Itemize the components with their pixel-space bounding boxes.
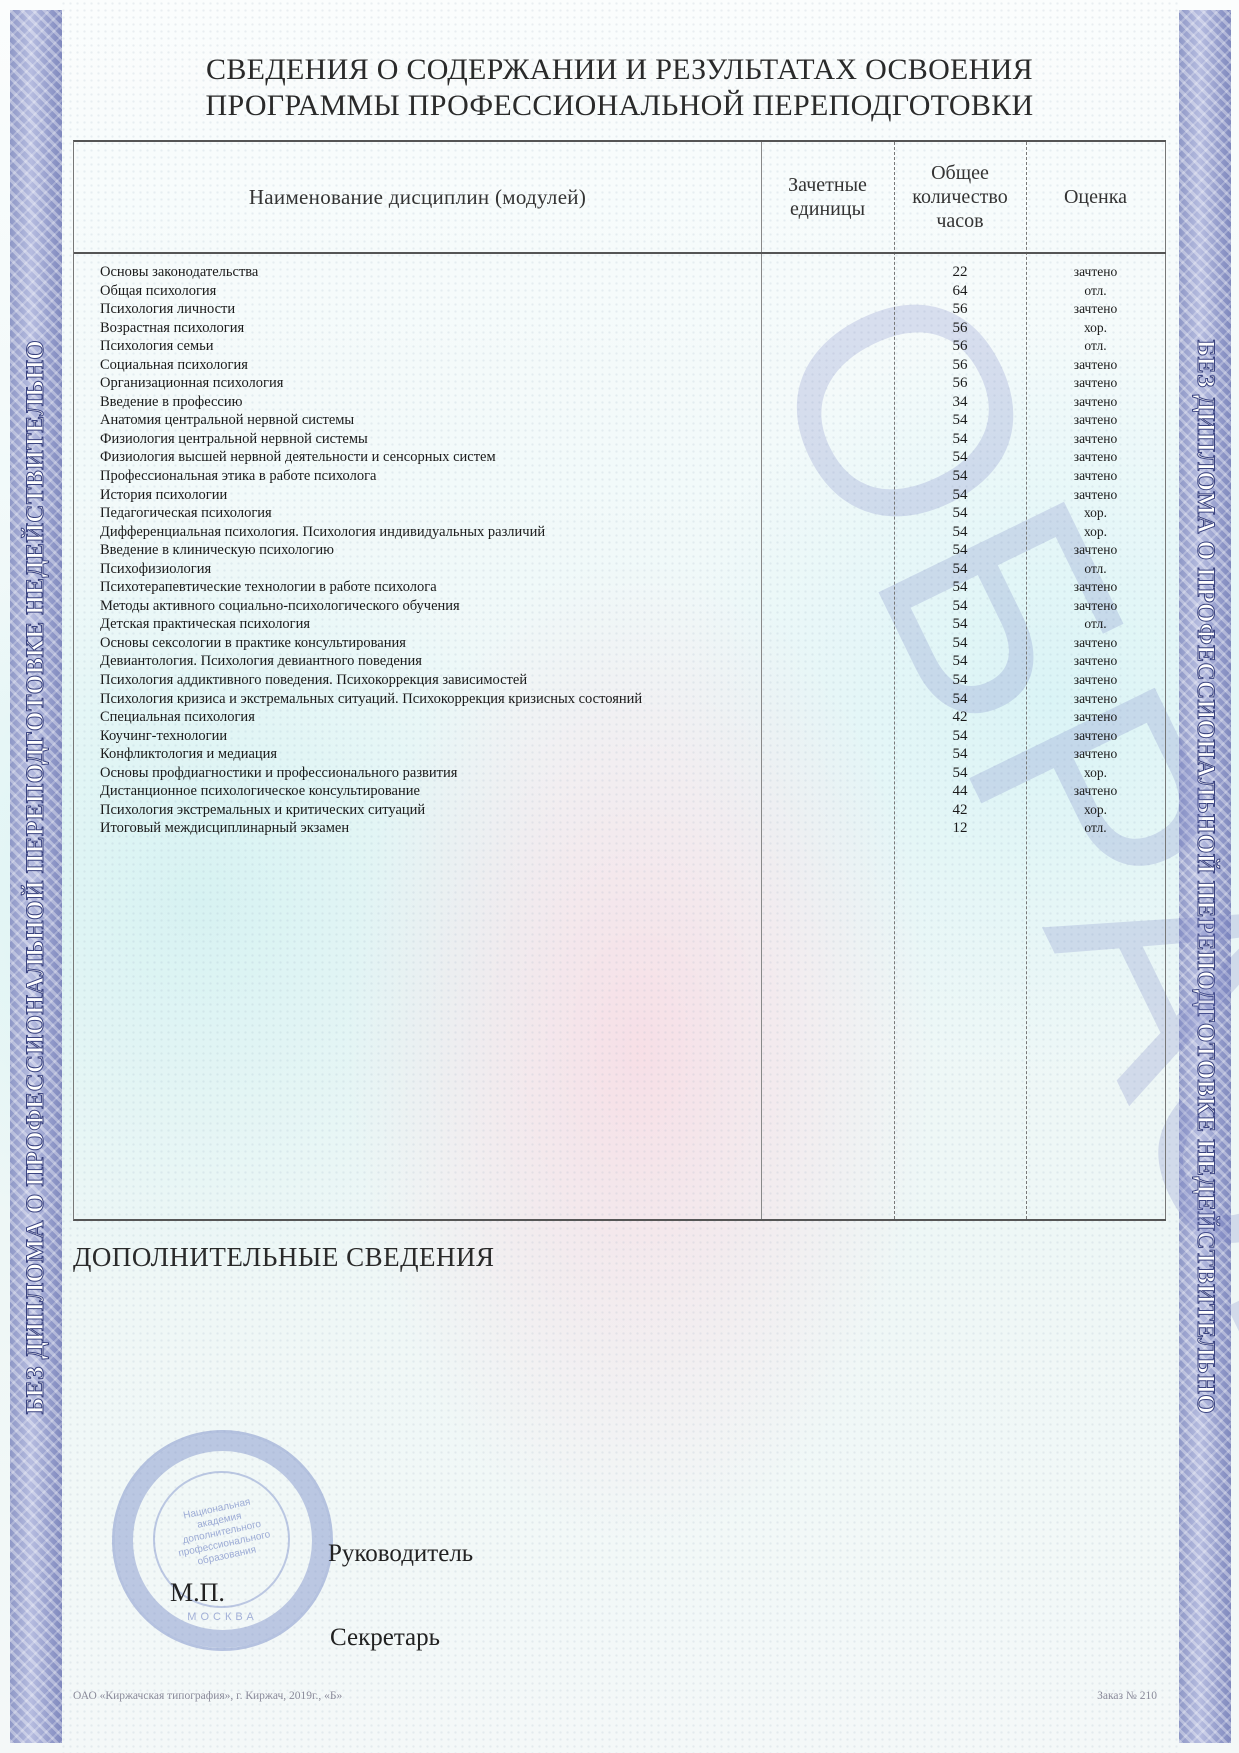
hours-cell: 12	[894, 819, 1026, 838]
discipline-name-cell: Возрастная психология	[100, 319, 760, 338]
grade-cell: зачтено	[1026, 374, 1165, 393]
discipline-name-cell: Анатомия центральной нервной системы	[100, 411, 760, 430]
grade-cell: зачтено	[1026, 652, 1165, 671]
discipline-name-cell: Педагогическая психология	[100, 504, 760, 523]
discipline-name-cell: Организационная психология	[100, 374, 760, 393]
table-body: Основы законодательства22зачтеноОбщая пс…	[74, 263, 1166, 838]
table-row: Основы сексологии в практике консультиро…	[74, 634, 1166, 653]
header-separator	[74, 252, 1166, 254]
grade-cell: зачтено	[1026, 727, 1165, 746]
grade-cell: хор.	[1026, 523, 1165, 542]
discipline-name-cell: Психология семьи	[100, 337, 760, 356]
hours-cell: 54	[894, 597, 1026, 616]
header-hours-line: часов	[912, 209, 1007, 233]
discipline-name-cell: Дистанционное психологическое консультир…	[100, 782, 760, 801]
discipline-name-cell: Общая психология	[100, 282, 760, 301]
discipline-name-cell: Физиология центральной нервной системы	[100, 430, 760, 449]
table-row: Физиология центральной нервной системы54…	[74, 430, 1166, 449]
grade-cell: зачтено	[1026, 597, 1165, 616]
grade-cell: зачтено	[1026, 578, 1165, 597]
table-row: Организационная психология56зачтено	[74, 374, 1166, 393]
grade-cell: зачтено	[1026, 430, 1165, 449]
grade-cell: зачтено	[1026, 263, 1165, 282]
hours-cell: 54	[894, 430, 1026, 449]
table-row: Психофизиология54отл.	[74, 560, 1166, 579]
header-units-line: Зачетные	[788, 173, 867, 197]
discipline-name-cell: Основы сексологии в практике консультиро…	[100, 634, 760, 653]
hours-cell: 56	[894, 337, 1026, 356]
grade-cell: зачтено	[1026, 356, 1165, 375]
hours-cell: 42	[894, 708, 1026, 727]
table-row: Введение в профессию34зачтено	[74, 393, 1166, 412]
grade-cell: зачтено	[1026, 782, 1165, 801]
order-number: Заказ № 210	[1097, 1690, 1157, 1702]
table-row: Дифференциальная психология. Психология …	[74, 523, 1166, 542]
hours-cell: 54	[894, 411, 1026, 430]
table-row: Психология экстремальных и критических с…	[74, 801, 1166, 820]
grade-cell: хор.	[1026, 319, 1165, 338]
header-total-hours: Общее количество часов	[894, 142, 1026, 252]
table-row: Девиантология. Психология девиантного по…	[74, 652, 1166, 671]
hours-cell: 64	[894, 282, 1026, 301]
discipline-name-cell: Основы законодательства	[100, 263, 760, 282]
table-row: История психологии54зачтено	[74, 486, 1166, 505]
header-units-line: единицы	[788, 197, 867, 221]
hours-cell: 54	[894, 764, 1026, 783]
discipline-name-cell: Введение в клиническую психологию	[100, 541, 760, 560]
discipline-name-cell: Девиантология. Психология девиантного по…	[100, 652, 760, 671]
hours-cell: 44	[894, 782, 1026, 801]
discipline-name-cell: Психология экстремальных и критических с…	[100, 801, 760, 820]
grade-cell: отл.	[1026, 615, 1165, 634]
table-row: Коучинг-технологии54зачтено	[74, 727, 1166, 746]
discipline-name-cell: Психотерапевтические технологии в работе…	[100, 578, 760, 597]
hours-cell: 56	[894, 356, 1026, 375]
discipline-name-cell: Дифференциальная психология. Психология …	[100, 523, 760, 542]
stamp-city: МОСКВА	[115, 1611, 330, 1623]
hours-cell: 56	[894, 300, 1026, 319]
discipline-name-cell: История психологии	[100, 486, 760, 505]
grade-cell: хор.	[1026, 764, 1165, 783]
table-row: Педагогическая психология54хор.	[74, 504, 1166, 523]
discipline-name-cell: Психология аддиктивного поведения. Психо…	[100, 671, 760, 690]
printer-imprint: ОАО «Киржачская типография», г. Киржач, …	[73, 1690, 342, 1702]
hours-cell: 54	[894, 671, 1026, 690]
grade-cell: отл.	[1026, 282, 1165, 301]
hours-cell: 56	[894, 374, 1026, 393]
header-hours-line: количество	[912, 185, 1007, 209]
grade-cell: зачтено	[1026, 708, 1165, 727]
table-row: Конфликтология и медиация54зачтено	[74, 745, 1166, 764]
hours-cell: 54	[894, 504, 1026, 523]
table-row: Итоговый междисциплинарный экзамен12отл.	[74, 819, 1166, 838]
grade-cell: отл.	[1026, 337, 1165, 356]
header-discipline-name: Наименование дисциплин (модулей)	[74, 142, 761, 252]
grade-cell: зачтено	[1026, 671, 1165, 690]
discipline-name-cell: Психология личности	[100, 300, 760, 319]
table-row: Основы профдиагностики и профессионально…	[74, 764, 1166, 783]
hours-cell: 54	[894, 578, 1026, 597]
table-row: Психология личности56зачтено	[74, 300, 1166, 319]
table-row: Психотерапевтические технологии в работе…	[74, 578, 1166, 597]
hours-cell: 54	[894, 745, 1026, 764]
hours-cell: 54	[894, 615, 1026, 634]
signature-secretary-label: Секретарь	[330, 1624, 440, 1652]
header-grade: Оценка	[1026, 142, 1165, 252]
grade-cell: зачтено	[1026, 690, 1165, 709]
signature-head-label: Руководитель	[328, 1540, 473, 1568]
discipline-name-cell: Детская практическая психология	[100, 615, 760, 634]
header-credit-units: Зачетные единицы	[761, 142, 894, 252]
hours-cell: 22	[894, 263, 1026, 282]
discipline-name-cell: Социальная психология	[100, 356, 760, 375]
grade-cell: зачтено	[1026, 745, 1165, 764]
official-stamp: Национальная академия дополнительного пр…	[112, 1430, 333, 1651]
title-line-1: СВЕДЕНИЯ О СОДЕРЖАНИИ И РЕЗУЛЬТАТАХ ОСВО…	[0, 52, 1239, 88]
grade-cell: зачтено	[1026, 541, 1165, 560]
discipline-name-cell: Итоговый междисциплинарный экзамен	[100, 819, 760, 838]
discipline-name-cell: Специальная психология	[100, 708, 760, 727]
discipline-name-cell: Физиология высшей нервной деятельности и…	[100, 448, 760, 467]
title-line-2: ПРОГРАММЫ ПРОФЕССИОНАЛЬНОЙ ПЕРЕПОДГОТОВК…	[0, 88, 1239, 124]
seal-place-label: М.П.	[170, 1578, 225, 1608]
hours-cell: 42	[894, 801, 1026, 820]
table-row: Основы законодательства22зачтено	[74, 263, 1166, 282]
discipline-name-cell: Введение в профессию	[100, 393, 760, 412]
left-border-text: БЕЗ ДИПЛОМА О ПРОФЕССИОНАЛЬНОЙ ПЕРЕПОДГО…	[22, 339, 50, 1413]
additional-info-title: ДОПОЛНИТЕЛЬНЫЕ СВЕДЕНИЯ	[73, 1242, 495, 1273]
table-row: Психология семьи56отл.	[74, 337, 1166, 356]
grade-cell: зачтено	[1026, 634, 1165, 653]
disciplines-table: Наименование дисциплин (модулей) Зачетны…	[73, 140, 1166, 1221]
discipline-name-cell: Методы активного социально-психологическ…	[100, 597, 760, 616]
grade-cell: отл.	[1026, 560, 1165, 579]
grade-cell: хор.	[1026, 801, 1165, 820]
hours-cell: 54	[894, 467, 1026, 486]
table-row: Анатомия центральной нервной системы54за…	[74, 411, 1166, 430]
left-ornamental-border: БЕЗ ДИПЛОМА О ПРОФЕССИОНАЛЬНОЙ ПЕРЕПОДГО…	[10, 10, 62, 1743]
table-row: Психология кризиса и экстремальных ситуа…	[74, 690, 1166, 709]
discipline-name-cell: Психофизиология	[100, 560, 760, 579]
table-row: Детская практическая психология54отл.	[74, 615, 1166, 634]
hours-cell: 56	[894, 319, 1026, 338]
header-hours-line: Общее	[912, 161, 1007, 185]
hours-cell: 54	[894, 634, 1026, 653]
hours-cell: 54	[894, 560, 1026, 579]
grade-cell: зачтено	[1026, 393, 1165, 412]
table-row: Общая психология64отл.	[74, 282, 1166, 301]
hours-cell: 54	[894, 523, 1026, 542]
table-row: Методы активного социально-психологическ…	[74, 597, 1166, 616]
grade-cell: зачтено	[1026, 300, 1165, 319]
table-row: Возрастная психология56хор.	[74, 319, 1166, 338]
table-row: Психология аддиктивного поведения. Психо…	[74, 671, 1166, 690]
hours-cell: 54	[894, 652, 1026, 671]
grade-cell: зачтено	[1026, 467, 1165, 486]
table-row: Дистанционное психологическое консультир…	[74, 782, 1166, 801]
table-row: Социальная психология56зачтено	[74, 356, 1166, 375]
table-row: Профессиональная этика в работе психолог…	[74, 467, 1166, 486]
discipline-name-cell: Профессиональная этика в работе психолог…	[100, 467, 760, 486]
grade-cell: зачтено	[1026, 486, 1165, 505]
table-row: Введение в клиническую психологию54зачте…	[74, 541, 1166, 560]
hours-cell: 34	[894, 393, 1026, 412]
hours-cell: 54	[894, 448, 1026, 467]
table-row: Специальная психология42зачтено	[74, 708, 1166, 727]
hours-cell: 54	[894, 541, 1026, 560]
discipline-name-cell: Конфликтология и медиация	[100, 745, 760, 764]
grade-cell: отл.	[1026, 819, 1165, 838]
grade-cell: зачтено	[1026, 448, 1165, 467]
hours-cell: 54	[894, 486, 1026, 505]
hours-cell: 54	[894, 690, 1026, 709]
grade-cell: зачтено	[1026, 411, 1165, 430]
hours-cell: 54	[894, 727, 1026, 746]
document-title: СВЕДЕНИЯ О СОДЕРЖАНИИ И РЕЗУЛЬТАТАХ ОСВО…	[0, 52, 1239, 124]
table-row: Физиология высшей нервной деятельности и…	[74, 448, 1166, 467]
discipline-name-cell: Коучинг-технологии	[100, 727, 760, 746]
grade-cell: хор.	[1026, 504, 1165, 523]
discipline-name-cell: Основы профдиагностики и профессионально…	[100, 764, 760, 783]
discipline-name-cell: Психология кризиса и экстремальных ситуа…	[100, 690, 760, 709]
